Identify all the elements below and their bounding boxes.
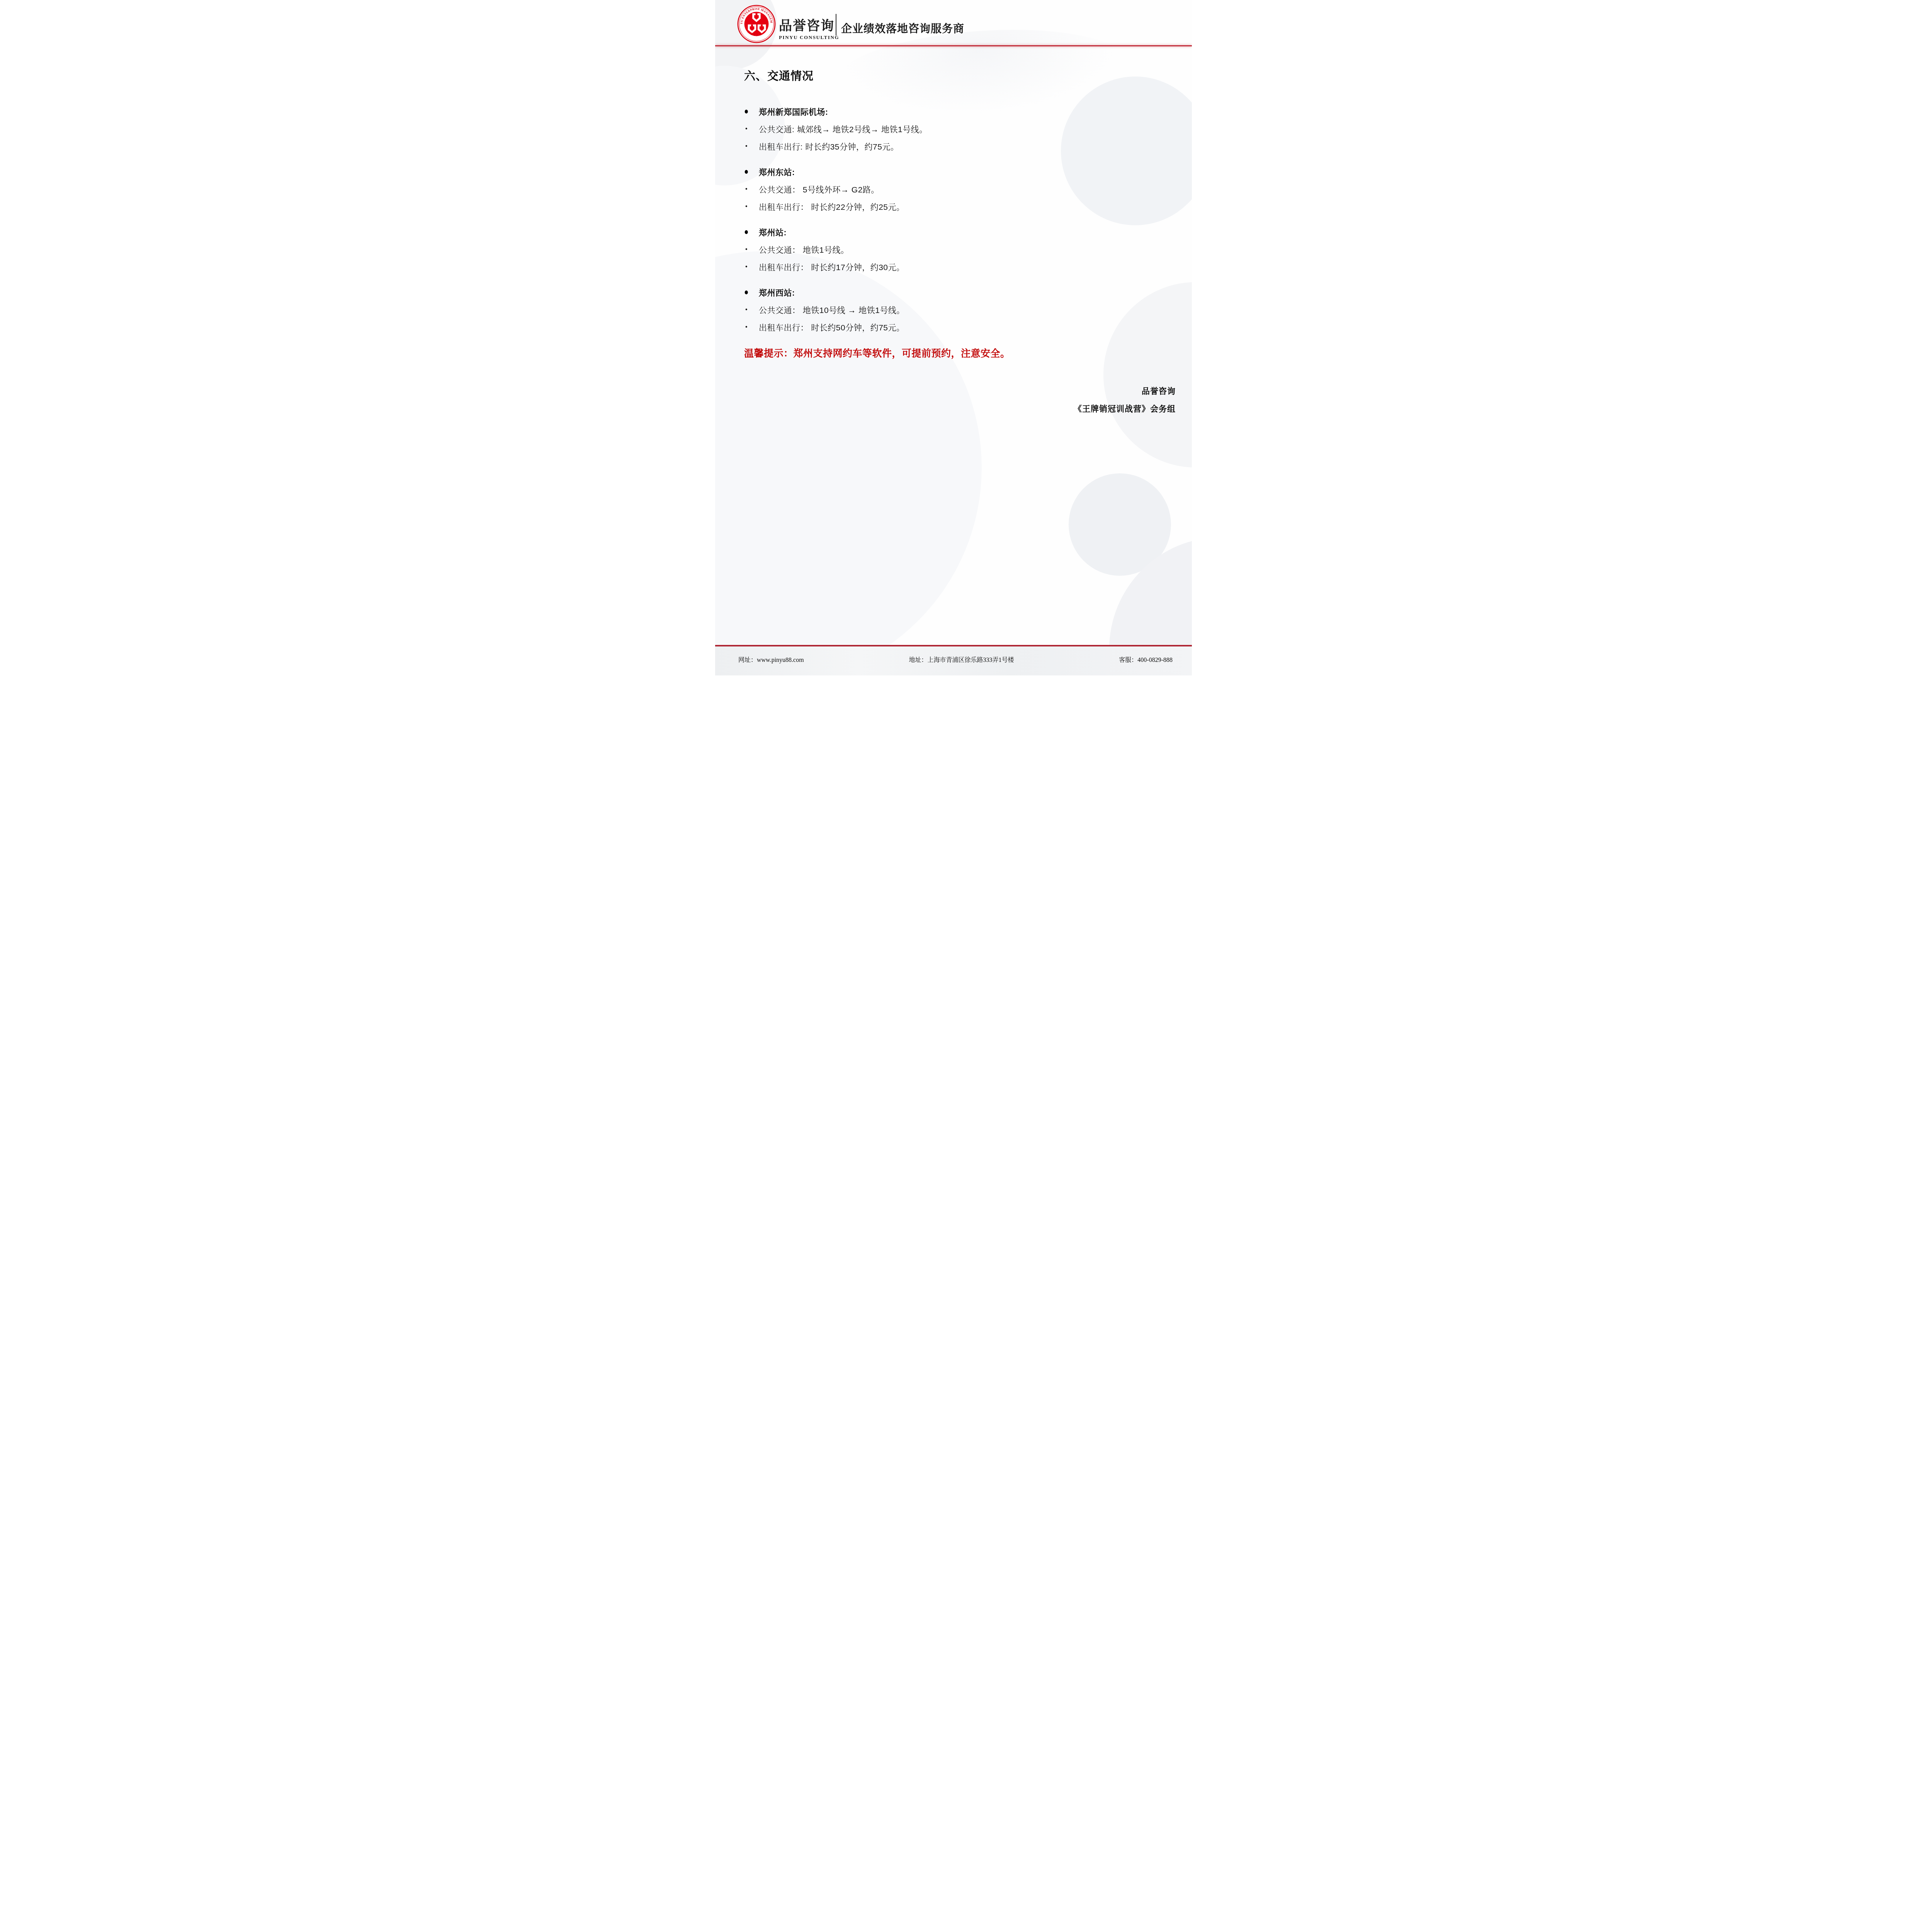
bullet-icon: ● — [744, 288, 748, 297]
list-item: • 公共交通： 地铁10号线 → 地铁1号线。 — [744, 301, 1192, 318]
group-item: 公共交通： 地铁10号线 → 地铁1号线。 — [759, 304, 905, 316]
list-item: • 公共交通： 地铁1号线。 — [744, 241, 1192, 258]
sub-bullet-icon: • — [744, 143, 748, 150]
footer-service-phone: 客服：400-0829-888 — [1119, 655, 1173, 664]
group-item: 公共交通： 5号线外环→ G2路。 — [759, 184, 879, 195]
group-item: 公共交通: 城郊线→ 地铁2号线→ 地铁1号线。 — [759, 123, 928, 135]
signature-company: 品誉咨询 — [744, 383, 1176, 400]
footer-address: 地址：上海市青浦区徐乐路333弄1号楼 — [909, 655, 1014, 664]
list-item: • 出租车出行： 时长约22分钟，约25元。 — [744, 198, 1192, 215]
group-heading: 郑州新郑国际机场: — [759, 106, 828, 117]
bullet-icon: ● — [744, 228, 748, 236]
sub-bullet-icon: • — [744, 186, 748, 192]
list-item: ● 郑州东站: — [744, 163, 1192, 180]
list-item: • 出租车出行: 时长约35分钟，约75元。 — [744, 138, 1192, 155]
signature-block: 品誉咨询 《王牌销冠训战营》会务组 — [744, 383, 1176, 418]
group-item: 出租车出行： 时长约17分钟，约30元。 — [759, 261, 905, 273]
transport-group-station: ● 郑州站: • 公共交通： 地铁1号线。 • 出租车出行： 时长约17分钟，约… — [744, 223, 1192, 276]
group-heading: 郑州东站: — [759, 166, 795, 178]
sub-bullet-icon: • — [744, 204, 748, 210]
list-item: ● 郑州西站: — [744, 284, 1192, 301]
group-item: 出租车出行： 时长约22分钟，约25元。 — [759, 201, 905, 213]
sub-bullet-icon: • — [744, 307, 748, 313]
footer-info-row: 网址：www.pinyu88.com 地址：上海市青浦区徐乐路333弄1号楼 客… — [715, 646, 1192, 664]
section-title: 六、交通情况 — [744, 68, 1192, 83]
seal-logo-graphic: PINYU ENTERPRISE MANAGEMENT 2014 — [737, 5, 776, 43]
sub-bullet-icon: • — [744, 247, 748, 253]
pinyu-seal-logo: PINYU ENTERPRISE MANAGEMENT 2014 — [737, 5, 776, 43]
brand-name-en: PINYU CONSULTING — [779, 34, 839, 41]
document-page: PINYU ENTERPRISE MANAGEMENT 2014 品誉咨询 PI… — [715, 0, 1192, 675]
list-item: ● 郑州站: — [744, 223, 1192, 241]
group-item: 出租车出行： 时长约50分钟，约75元。 — [759, 321, 905, 333]
warm-tip-notice: 温馨提示：郑州支持网约车等软件，可提前预约，注意安全。 — [744, 344, 1192, 361]
sub-bullet-icon: • — [744, 126, 748, 132]
list-item: ● 郑州新郑国际机场: — [744, 103, 1192, 120]
list-item: • 出租车出行： 时长约50分钟，约75元。 — [744, 318, 1192, 336]
brand-block: 品誉咨询 PINYU CONSULTING — [779, 19, 839, 41]
header: PINYU ENTERPRISE MANAGEMENT 2014 品誉咨询 PI… — [715, 0, 1192, 45]
group-item: 出租车出行: 时长约35分钟，约75元。 — [759, 141, 899, 152]
signature-team: 《王牌销冠训战营》会务组 — [744, 400, 1176, 418]
sub-bullet-icon: • — [744, 264, 748, 270]
footer: 网址：www.pinyu88.com 地址：上海市青浦区徐乐路333弄1号楼 客… — [715, 645, 1192, 664]
bullet-icon: ● — [744, 107, 748, 116]
bullet-icon: ● — [744, 167, 748, 176]
transport-group-east-station: ● 郑州东站: • 公共交通： 5号线外环→ G2路。 • 出租车出行： 时长约… — [744, 163, 1192, 215]
transport-group-west-station: ● 郑州西站: • 公共交通： 地铁10号线 → 地铁1号线。 • 出租车出行：… — [744, 284, 1192, 336]
main-content: 六、交通情况 ● 郑州新郑国际机场: • 公共交通: 城郊线→ 地铁2号线→ 地… — [715, 45, 1192, 418]
brand-name-cn: 品誉咨询 — [779, 19, 839, 32]
list-item: • 公共交通: 城郊线→ 地铁2号线→ 地铁1号线。 — [744, 120, 1192, 138]
transport-group-airport: ● 郑州新郑国际机场: • 公共交通: 城郊线→ 地铁2号线→ 地铁1号线。 •… — [744, 103, 1192, 155]
list-item: • 公共交通： 5号线外环→ G2路。 — [744, 180, 1192, 198]
header-vertical-divider — [836, 14, 836, 36]
brand-tagline: 企业绩效落地咨询服务商 — [841, 20, 964, 36]
group-item: 公共交通： 地铁1号线。 — [759, 244, 849, 255]
group-heading: 郑州站: — [759, 226, 787, 238]
sub-bullet-icon: • — [744, 324, 748, 330]
list-item: • 出租车出行： 时长约17分钟，约30元。 — [744, 258, 1192, 276]
group-heading: 郑州西站: — [759, 287, 795, 298]
footer-website: 网址：www.pinyu88.com — [738, 655, 804, 664]
